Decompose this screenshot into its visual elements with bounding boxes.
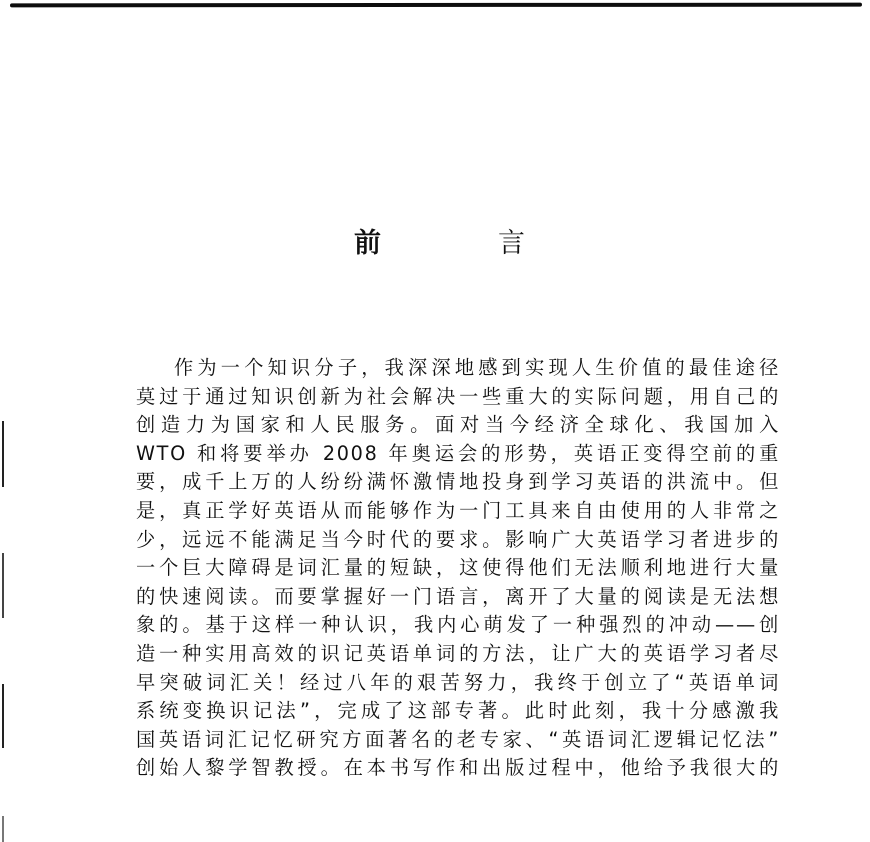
text-line: 一个巨大障碍是词汇量的短缺，这使得他们无法顺利地进行大量: [136, 554, 780, 583]
text-line: 造一种实用高效的识记英语单词的方法，让广大的英语学习者尽: [136, 640, 780, 669]
text-line: 象的。基于这样一种认识，我内心萌发了一种强烈的冲动——创: [136, 611, 780, 640]
text-line: 作为一个知识分子，我深深地感到实现人生价值的最佳途径: [136, 354, 780, 383]
text-line: 少，远远不能满足当今时代的要求。影响广大英语学习者进步的: [136, 526, 780, 555]
top-border-rule: [10, 3, 862, 8]
title-char: 言: [498, 226, 525, 262]
text-line: 的快速阅读。而要掌握好一门语言，离开了大量的阅读是无法想: [136, 583, 780, 612]
text-line: 系统变换识记法”，完成了这部专著。此时此刻，我十分感激我: [136, 697, 780, 726]
binding-mark: [2, 421, 4, 487]
text-line: 创造力为国家和人民服务。面对当今经济全球化、我国加入: [136, 411, 780, 440]
text-line: 创始人黎学智教授。在本书写作和出版过程中，他给予我很大的: [136, 754, 780, 783]
title-char: 前: [354, 226, 381, 262]
binding-mark: [2, 553, 4, 618]
text-line: 国英语词汇记忆研究方面著名的老专家、“英语词汇逻辑记忆法”: [136, 726, 780, 755]
preface-body: 作为一个知识分子，我深深地感到实现人生价值的最佳途径 莫过于通过知识创新为社会解…: [136, 354, 780, 783]
binding-mark: [2, 816, 4, 842]
page-title: 前 言: [0, 226, 870, 266]
binding-mark: [2, 684, 4, 748]
text-line: 莫过于通过知识创新为社会解决一些重大的实际问题，用自己的: [136, 383, 780, 412]
text-line: 要，成千上万的人纷纷满怀激情地投身到学习英语的洪流中。但: [136, 468, 780, 497]
text-line: 早突破词汇关！经过八年的艰苦努力，我终于创立了“英语单词: [136, 669, 780, 698]
text-line: WTO 和将要举办 2008 年奥运会的形势，英语正变得空前的重: [136, 440, 780, 469]
text-line: 是，真正学好英语从而能够作为一门工具来自由使用的人非常之: [136, 497, 780, 526]
